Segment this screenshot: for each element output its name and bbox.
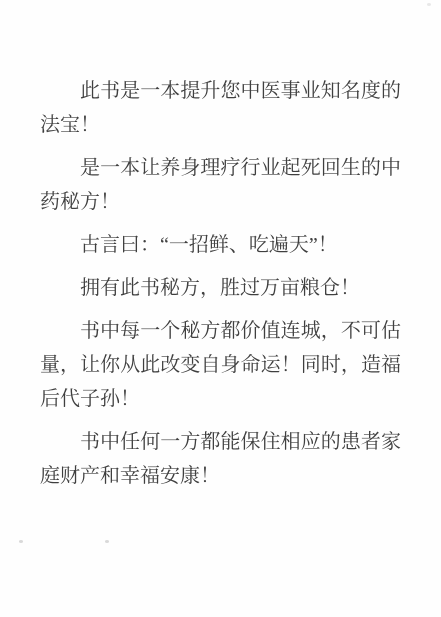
scan-speck: [105, 540, 109, 543]
paragraph-value-claim: 书中每一个秘方都价值连城，不可估量，让你从此改变自身命运！同时，造福后代子孙！: [40, 314, 401, 416]
paragraph-old-saying: 古言曰：“一招鲜、吃遍天”！: [40, 228, 401, 262]
scan-speck: [427, 3, 431, 6]
text-block: 此书是一本提升您中医事业知名度的法宝！ 是一本让养身理疗行业起死回生的中药秘方！…: [40, 74, 401, 502]
paragraph-granary-claim: 拥有此书秘方，胜过万亩粮仓！: [40, 271, 401, 305]
paragraph-treasure-claim: 此书是一本提升您中医事业知名度的法宝！: [40, 74, 401, 142]
scanned-document-page: 此书是一本提升您中医事业知名度的法宝！ 是一本让养身理疗行业起死回生的中药秘方！…: [0, 0, 441, 617]
paragraph-secret-recipe: 是一本让养身理疗行业起死回生的中药秘方！: [40, 151, 401, 219]
scan-speck: [19, 540, 23, 543]
paragraph-family-claim: 书中任何一方都能保住相应的患者家庭财产和幸福安康！: [40, 425, 401, 493]
